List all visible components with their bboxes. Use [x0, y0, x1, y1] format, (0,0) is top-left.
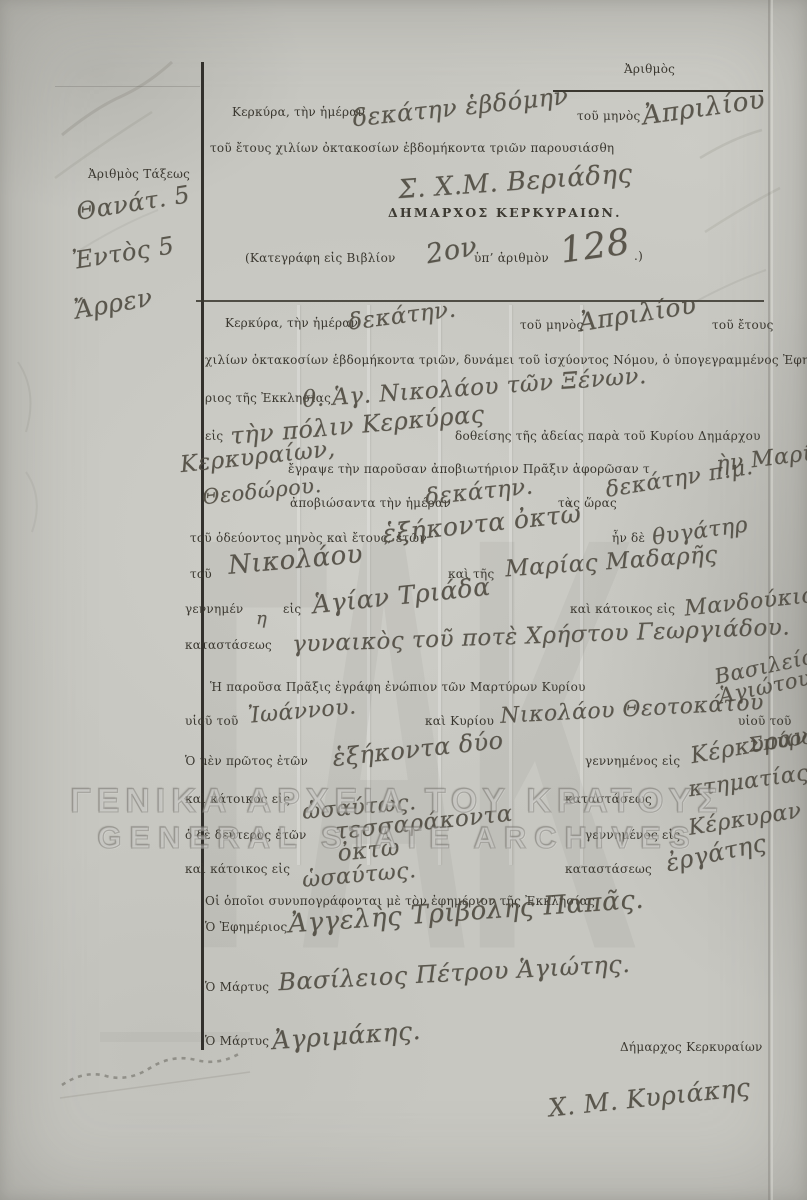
act-wrote-act-label: ἔγραψε τὴν παροῦσαν ἀποβιωτήριον Πρᾶξιν …	[288, 462, 650, 476]
archive-watermark-line2: GENERAL STATE ARCHIVES	[97, 820, 697, 856]
archive-watermark-line1: ΓΕΝΙΚΑ ΑΡΧΕΙΑ ΤΟΥ ΚΡΑΤΟΥΣ	[70, 782, 723, 821]
priest-label: Ὁ Ἐφημέριος	[205, 920, 287, 934]
act-status-label: καταστάσεως	[185, 638, 272, 652]
act-born-ending-handwritten: η	[256, 610, 267, 627]
act-resident-label: καὶ κάτοικος εἰς	[570, 602, 675, 616]
mayor-title: Δήμαρχος Κερκυραίων	[620, 1040, 763, 1054]
act-first-age-label: Ὁ μὲν πρῶτος ἐτῶν	[185, 754, 308, 768]
mayor-presenter-title: ΔΗΜΑΡΧΟΣ ΚΕΡΚΥΡΑΙΩΝ.	[388, 205, 622, 220]
witness1-label: Ὁ Μάρτυς	[205, 980, 269, 994]
act-and-mr-label: καὶ Κυρίου	[425, 714, 494, 728]
act-born-at-label: εἰς	[283, 602, 301, 616]
witness2-label: Ὁ Μάρτυς	[205, 1034, 269, 1048]
act-month-label: τοῦ μηνὸς	[520, 318, 583, 332]
registration-book-number-handwritten: 2ον	[424, 234, 479, 268]
scanned-death-record-page: ΓΑΚ Ἀριθμὸς Κερκύρα, τὴν ἡμέραν δεκάτην …	[0, 0, 807, 1200]
registration-entry-number-handwritten: 128	[558, 225, 632, 269]
act-line2: χιλίων ὀκτακοσίων ἑβδομήκοντα τριῶν, δυν…	[205, 353, 807, 367]
number-label: Ἀριθμὸς	[624, 62, 675, 76]
act-son-of-label1: υἱοῦ τοῦ	[185, 714, 239, 728]
header-place-day-label: Κερκύρα, τὴν ἡμέραν	[232, 105, 365, 119]
registration-mid: ὑπ’ ἀριθμὸν	[474, 251, 549, 265]
act-place-day-label: Κερκύρα, τὴν ἡμέραν	[225, 316, 358, 330]
margin-rule	[201, 62, 204, 1050]
header-month-label: τοῦ μηνὸς	[577, 109, 640, 123]
header-year-line: τοῦ ἔτους χιλίων ὀκτακοσίων ἑβδομήκοντα …	[210, 141, 614, 155]
act-year-label: τοῦ ἔτους	[712, 318, 774, 332]
act-permission-label: δοθείσης τῆς ἀδείας παρὰ τοῦ Κυρίου Δημά…	[455, 429, 761, 443]
ghost-line	[55, 86, 200, 87]
act-eis-label: εἰς	[205, 429, 223, 443]
act-first-born-label: γεννημένος εἰς	[585, 754, 680, 768]
act-born-label: γεννημέν	[185, 602, 243, 616]
margin-order-number-label: Ἀριθμὸς Τάξεως	[88, 167, 190, 181]
act-second-resident-label: καὶ κάτοικος εἰς	[185, 862, 290, 876]
act-second-status-label: καταστάσεως	[565, 862, 652, 876]
registration-prefix: (Κατεγράφη εἰς Βιβλίον	[245, 251, 396, 265]
act-witnesses-label: Ἡ παροῦσα Πρᾶξις ἐγράφη ἐνώπιον τῶν Μαρτ…	[210, 680, 586, 694]
registration-suffix: .)	[634, 249, 643, 263]
act-was-label: ἦν δὲ	[612, 531, 645, 545]
act-of-father-label: τοῦ	[190, 567, 212, 581]
